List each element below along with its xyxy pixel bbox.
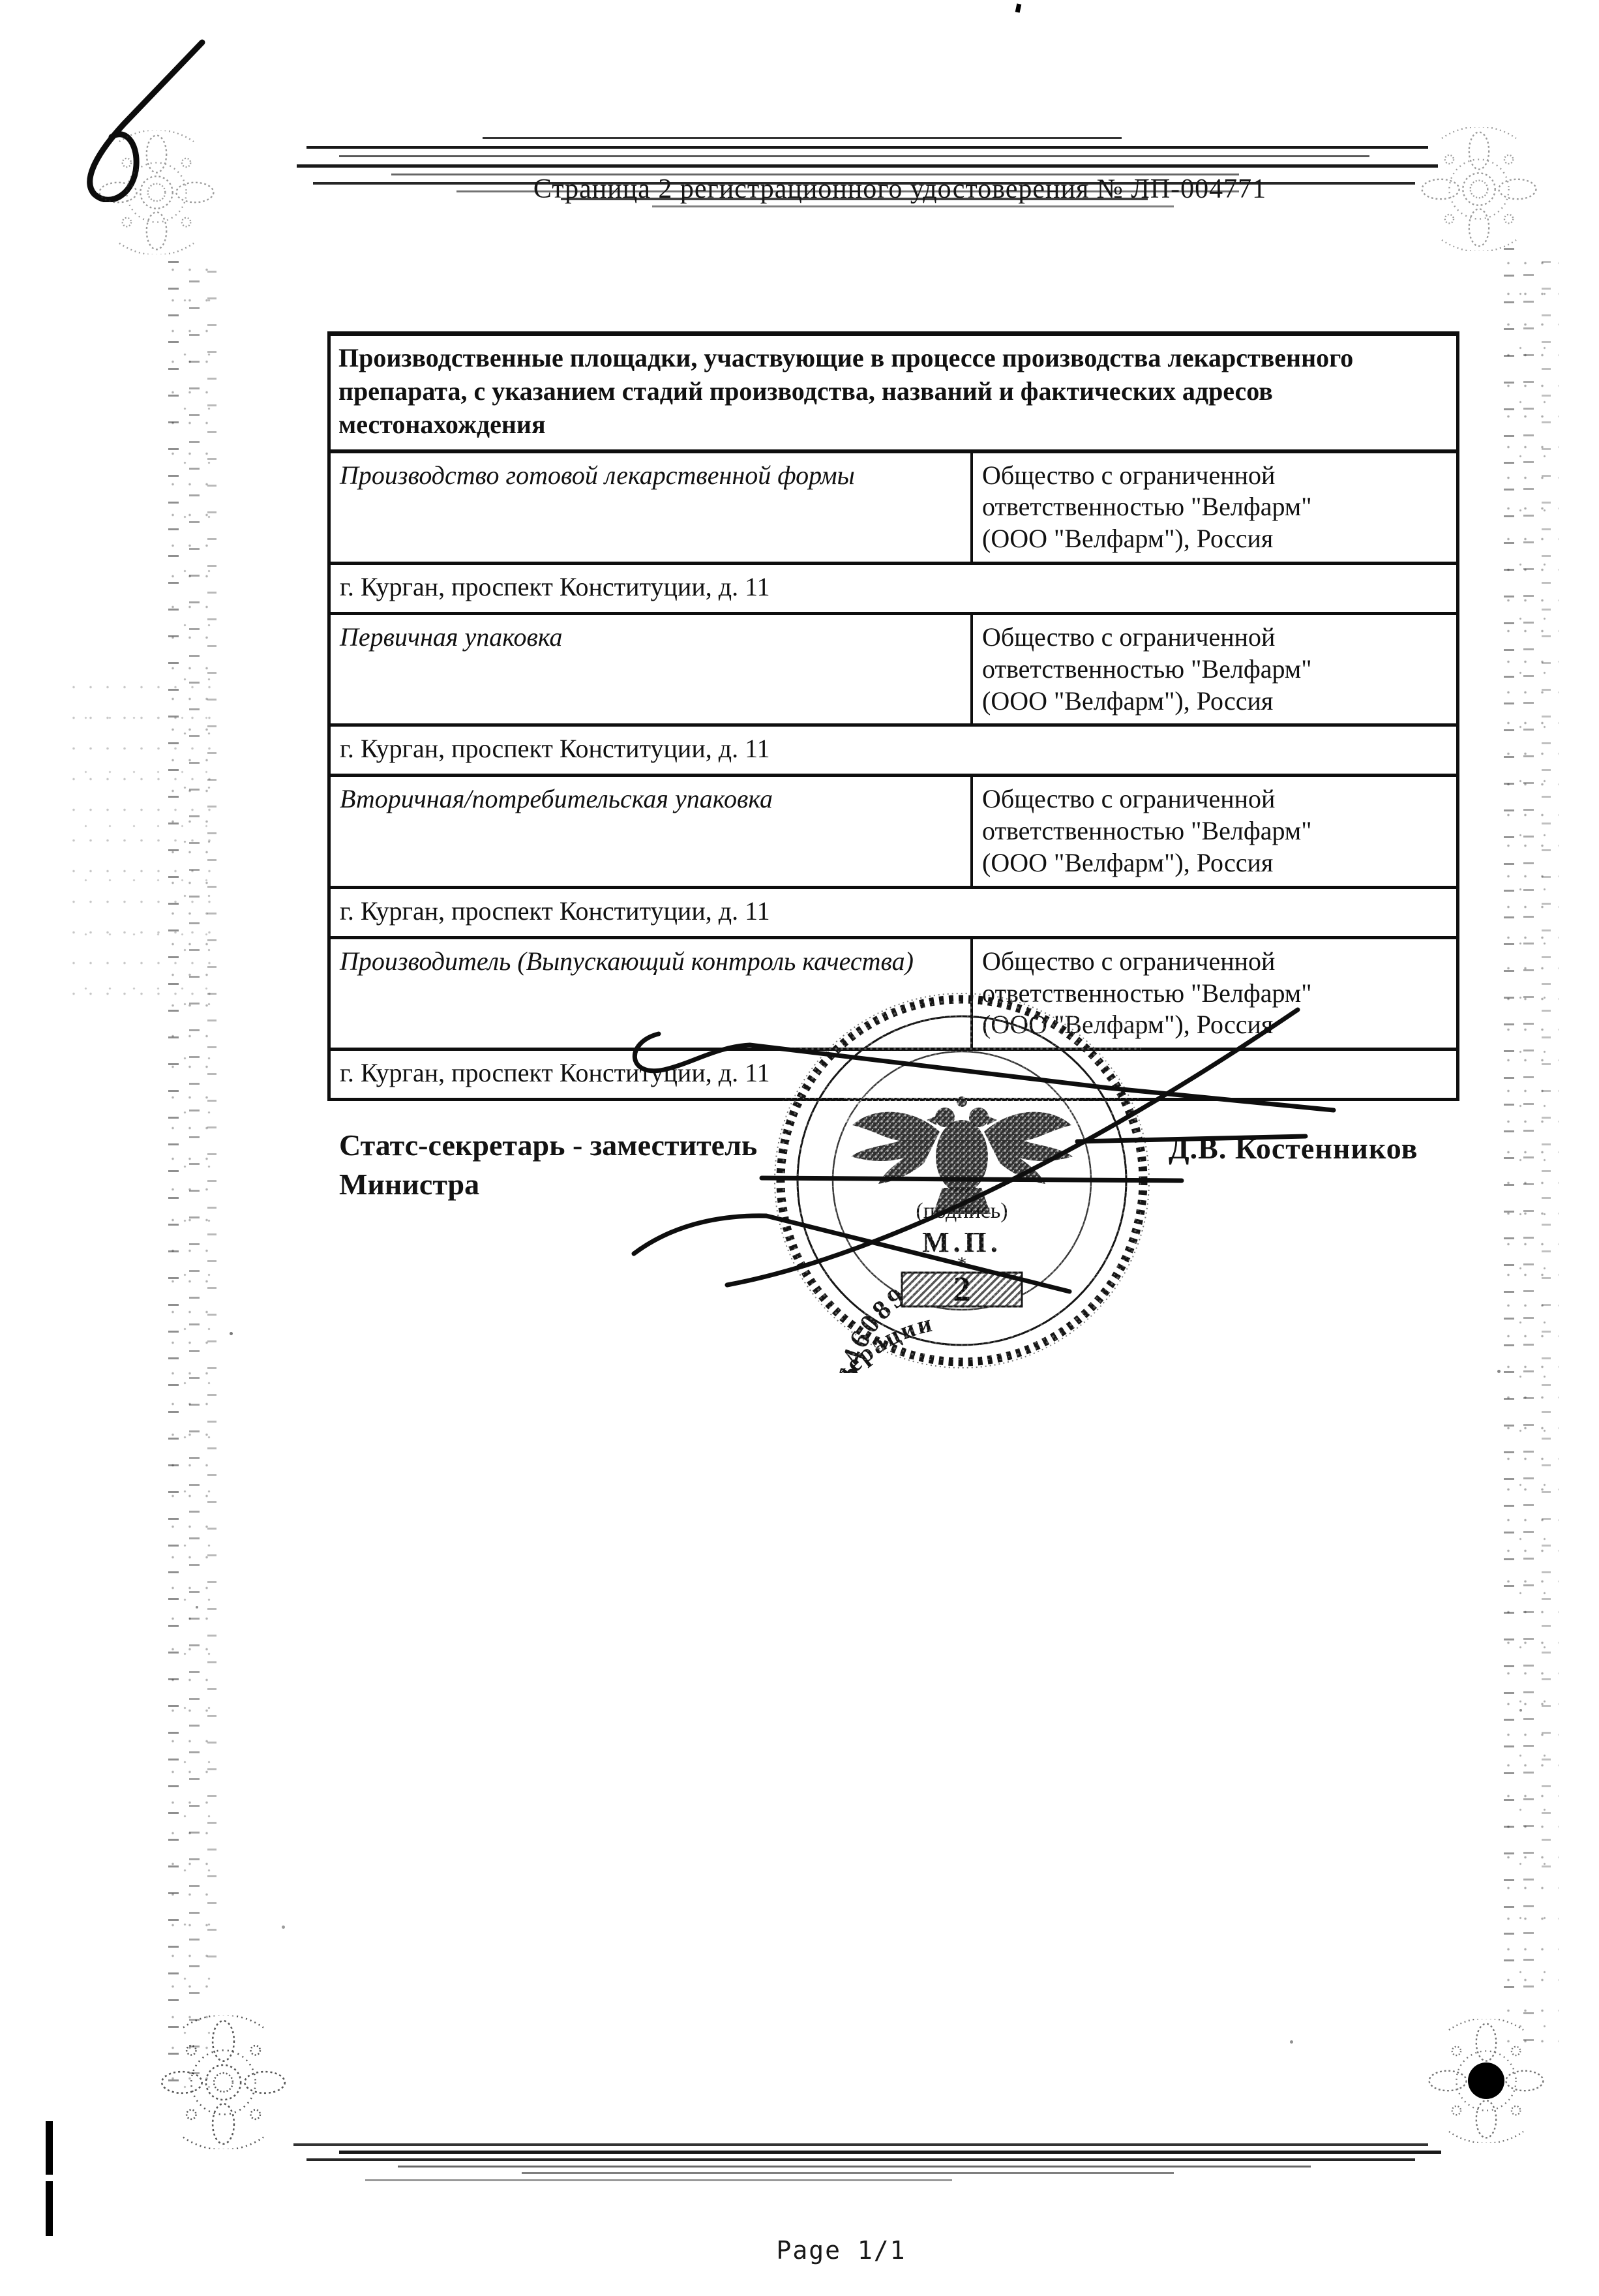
company-text: Общество с ограниченной ответственностью… xyxy=(982,783,1360,879)
dash-column xyxy=(168,261,179,2087)
scan-smudge xyxy=(652,205,1174,207)
scan-smudge xyxy=(339,2151,1441,2154)
stage-cell: Производство готовой лекарственной формы xyxy=(331,453,973,562)
table-row: Первичная упаковка Общество с ограниченн… xyxy=(331,615,1456,727)
scan-speck xyxy=(1497,1370,1501,1373)
address-cell: г. Курган, проспект Конституции, д. 11 xyxy=(331,565,1456,615)
scanned-certificate-page: Страница 2 регистрационного удостоверени… xyxy=(0,0,1599,2296)
dash-column xyxy=(1504,248,1514,2009)
stage-cell: Вторичная/потребительская упаковка xyxy=(331,777,973,885)
table-row: Производство готовой лекарственной формы… xyxy=(331,453,1456,565)
table-title: Производственные площадки, участвующие в… xyxy=(331,336,1456,453)
guilloche-rosette-top-right xyxy=(1417,127,1541,251)
stage-cell: Первичная упаковка xyxy=(331,615,973,723)
company-text: Общество с ограниченной ответственностью… xyxy=(982,622,1360,717)
page-number: Page 1/1 xyxy=(737,2236,946,2265)
scan-speck xyxy=(196,1606,198,1609)
company-cell: Общество с ограниченной ответственностью… xyxy=(973,453,1456,562)
scan-smudge xyxy=(297,164,1438,168)
scan-speck xyxy=(1519,1709,1522,1712)
dash-column xyxy=(1523,274,1534,2061)
scan-smudge xyxy=(522,2172,1174,2174)
scan-smudge xyxy=(483,137,1122,139)
scan-speck xyxy=(282,1926,285,1929)
company-text: Общество с ограниченной ответственностью… xyxy=(982,460,1360,555)
speckle-band xyxy=(65,672,215,998)
scan-smudge xyxy=(306,2158,1415,2161)
margin-bar xyxy=(46,2121,53,2175)
signature-strokes xyxy=(613,972,1396,1337)
scan-smudge xyxy=(306,146,1428,149)
scan-speck xyxy=(230,1332,233,1335)
address-cell: г. Курган, проспект Конституции, д. 11 xyxy=(331,889,1456,939)
scan-smudge xyxy=(365,2179,952,2181)
scan-smudge xyxy=(398,2166,1311,2168)
page-header-line: Страница 2 регистрационного удостоверени… xyxy=(515,174,1285,205)
address-cell: г. Курган, проспект Конституции, д. 11 xyxy=(331,727,1456,777)
margin-bar xyxy=(46,2181,53,2236)
guilloche-rosette-top-left xyxy=(95,130,218,254)
dash-column xyxy=(207,271,217,1967)
scan-smudge xyxy=(293,2143,1428,2146)
scan-smudge xyxy=(339,155,1369,157)
table-title-text: Производственные площадки, участвующие в… xyxy=(338,341,1356,442)
company-cell: Общество с ограниченной ответственностью… xyxy=(973,615,1456,723)
dash-column xyxy=(1542,261,1551,1892)
hole-punch-dot xyxy=(1468,2062,1504,2099)
table-row: Вторичная/потребительская упаковка Общес… xyxy=(331,777,1456,888)
dash-column xyxy=(189,280,200,2094)
company-cell: Общество с ограниченной ответственностью… xyxy=(973,777,1456,885)
scan-speck xyxy=(1015,3,1022,12)
scan-speck xyxy=(1290,2040,1293,2044)
